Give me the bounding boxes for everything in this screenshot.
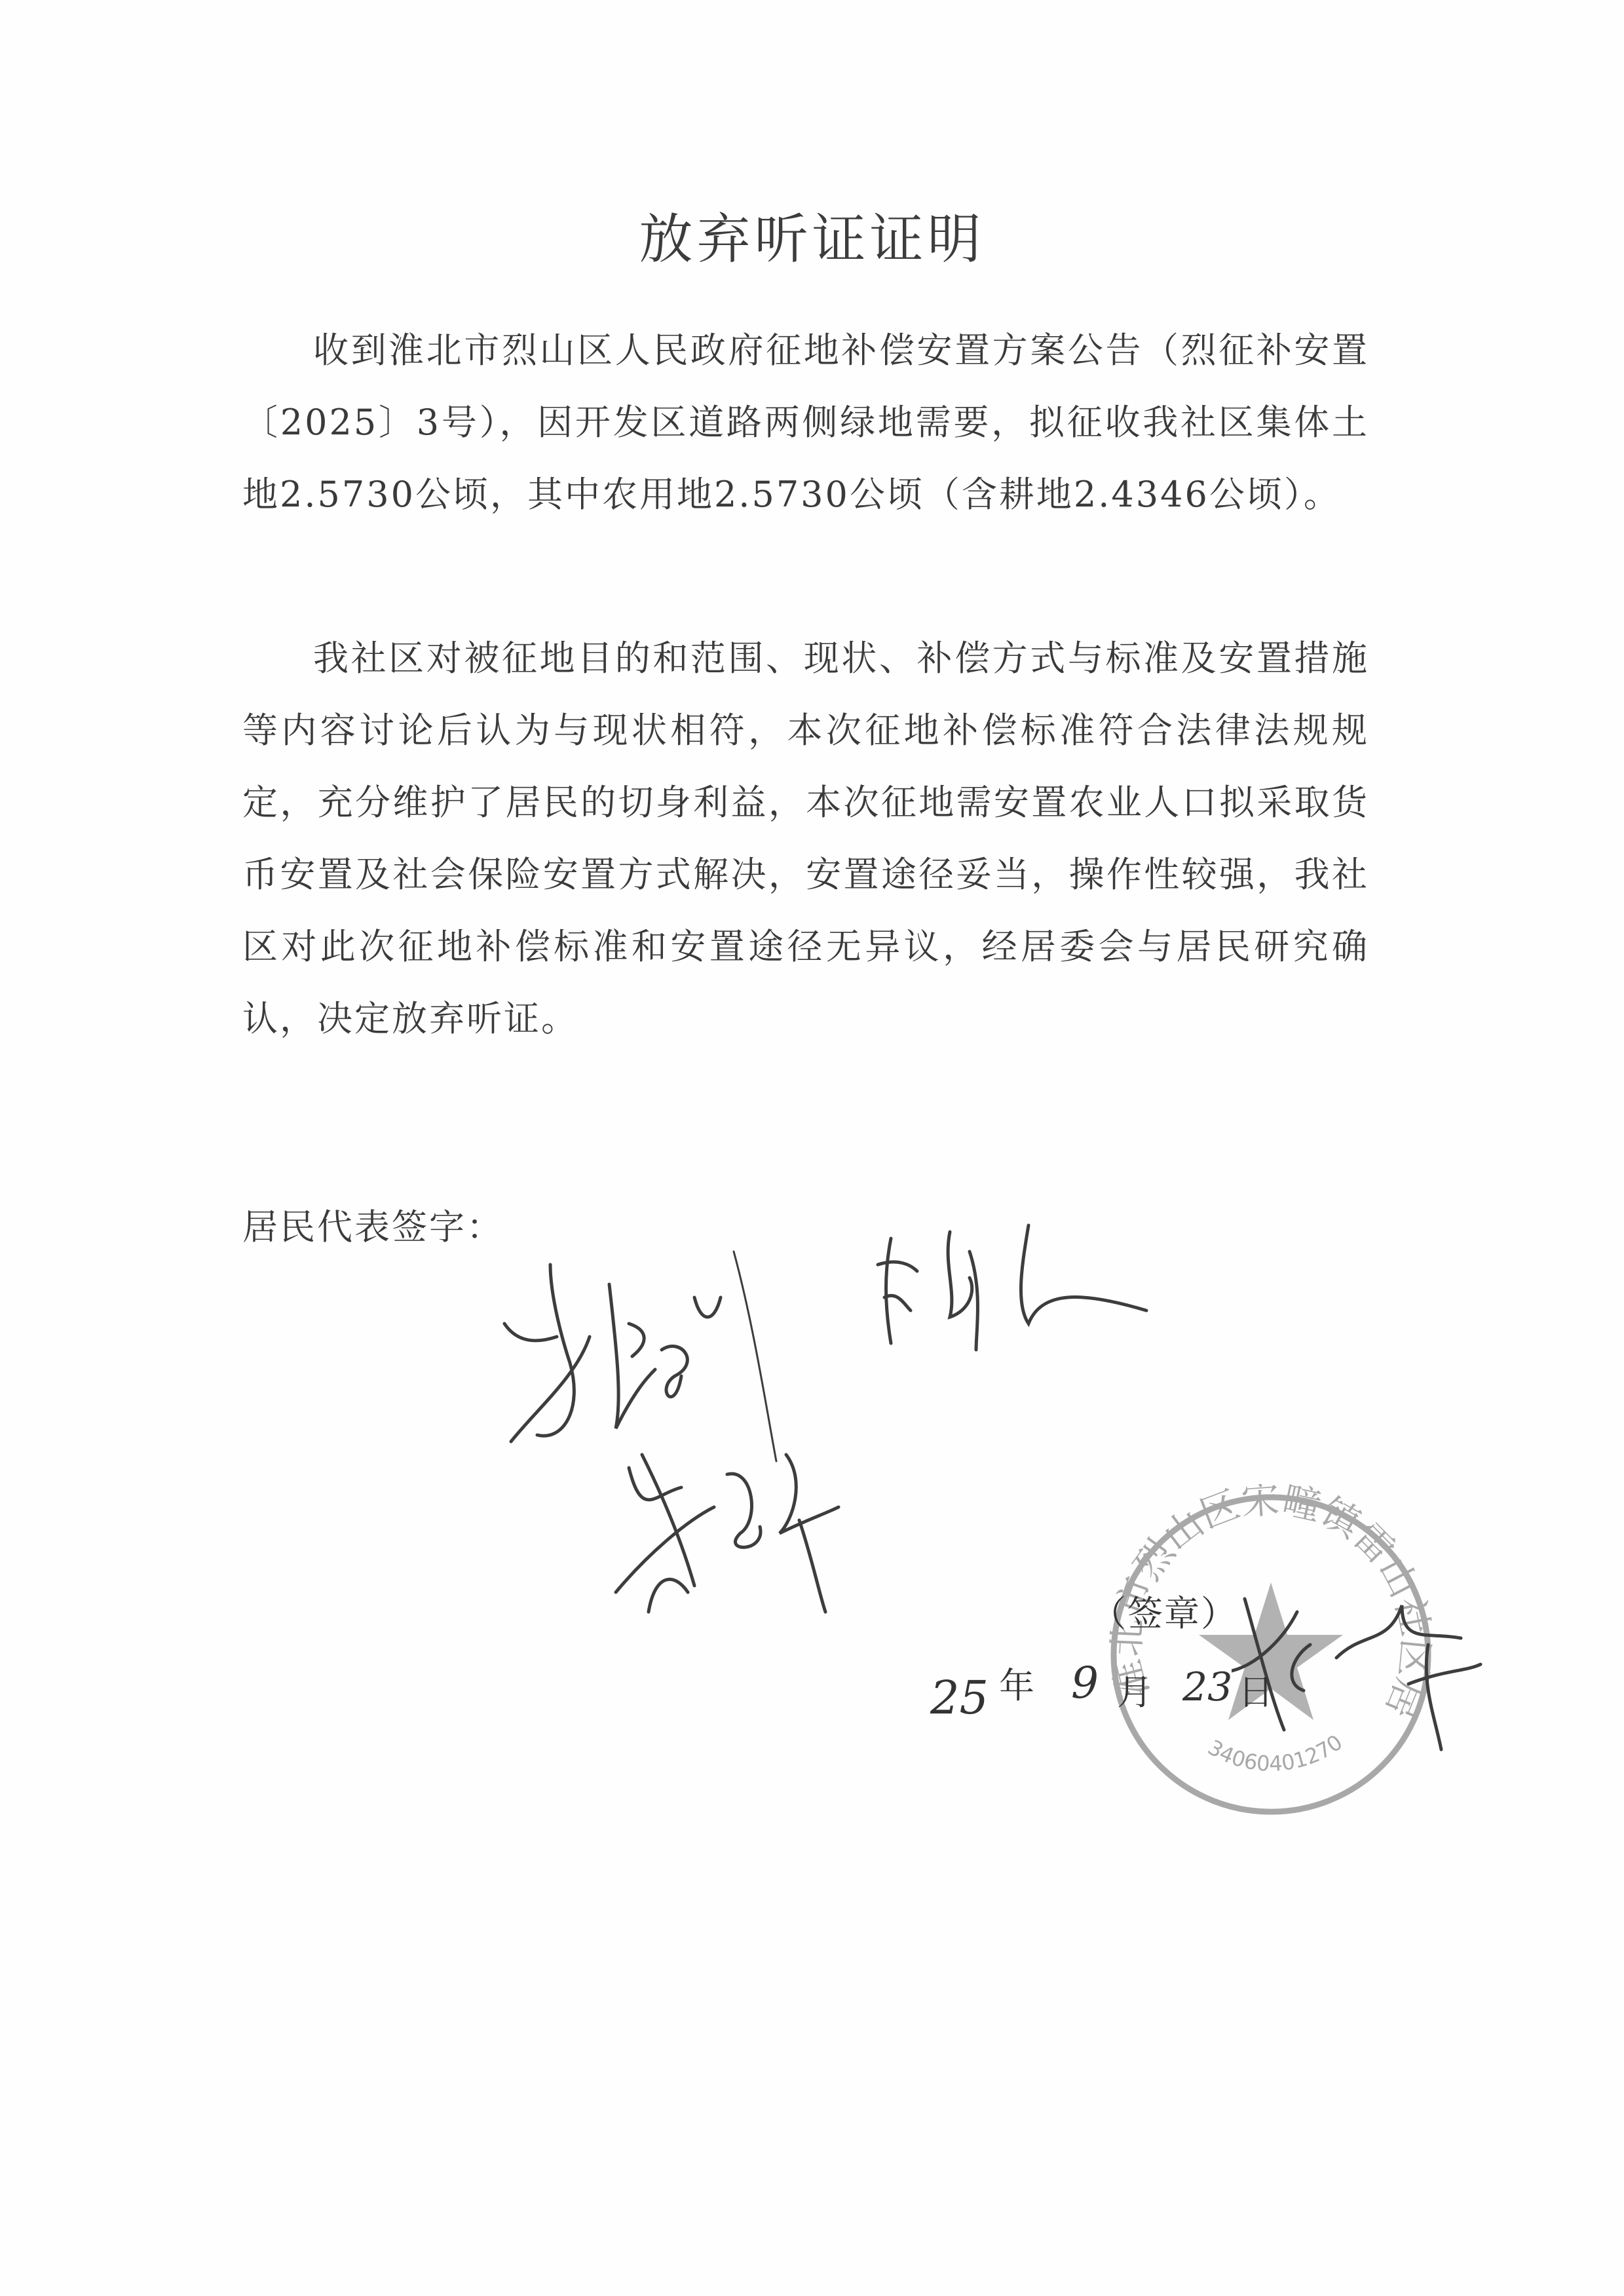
- date-month-label: 月: [1117, 1664, 1152, 1715]
- paragraph-text: 我社区对被征地目的和范围、现状、补偿方式与标准及安置措施等内容讨论后认为与现状相…: [242, 622, 1369, 1055]
- paragraph-text: 收到淮北市烈山区人民政府征地补偿安置方案公告（烈征补安置〔2025〕3号），因开…: [242, 315, 1369, 531]
- date-year-label: 年: [999, 1658, 1034, 1708]
- representatives-signature-label: 居民代表签字：: [242, 1199, 504, 1250]
- paragraph-opinion: 我社区对被征地目的和范围、现状、补偿方式与标准及安置措施等内容讨论后认为与现状相…: [242, 622, 1369, 1055]
- signature-representative-2: [871, 1212, 1173, 1369]
- date-day-label: 日: [1238, 1664, 1274, 1715]
- document-page: 放弃听证证明 收到淮北市烈山区人民政府征地补偿安置方案公告（烈征补安置〔2025…: [0, 0, 1624, 2296]
- paragraph-notice: 收到淮北市烈山区人民政府征地补偿安置方案公告（烈征补安置〔2025〕3号），因开…: [242, 315, 1369, 531]
- document-title: 放弃听证证明: [0, 197, 1624, 273]
- date-day-value: 23: [1182, 1664, 1232, 1710]
- date-year-value: 25: [930, 1671, 989, 1725]
- signature-representative-3: [609, 1442, 845, 1625]
- date-month-value: 9: [1071, 1658, 1099, 1708]
- seal-label: （签章）: [1091, 1586, 1237, 1636]
